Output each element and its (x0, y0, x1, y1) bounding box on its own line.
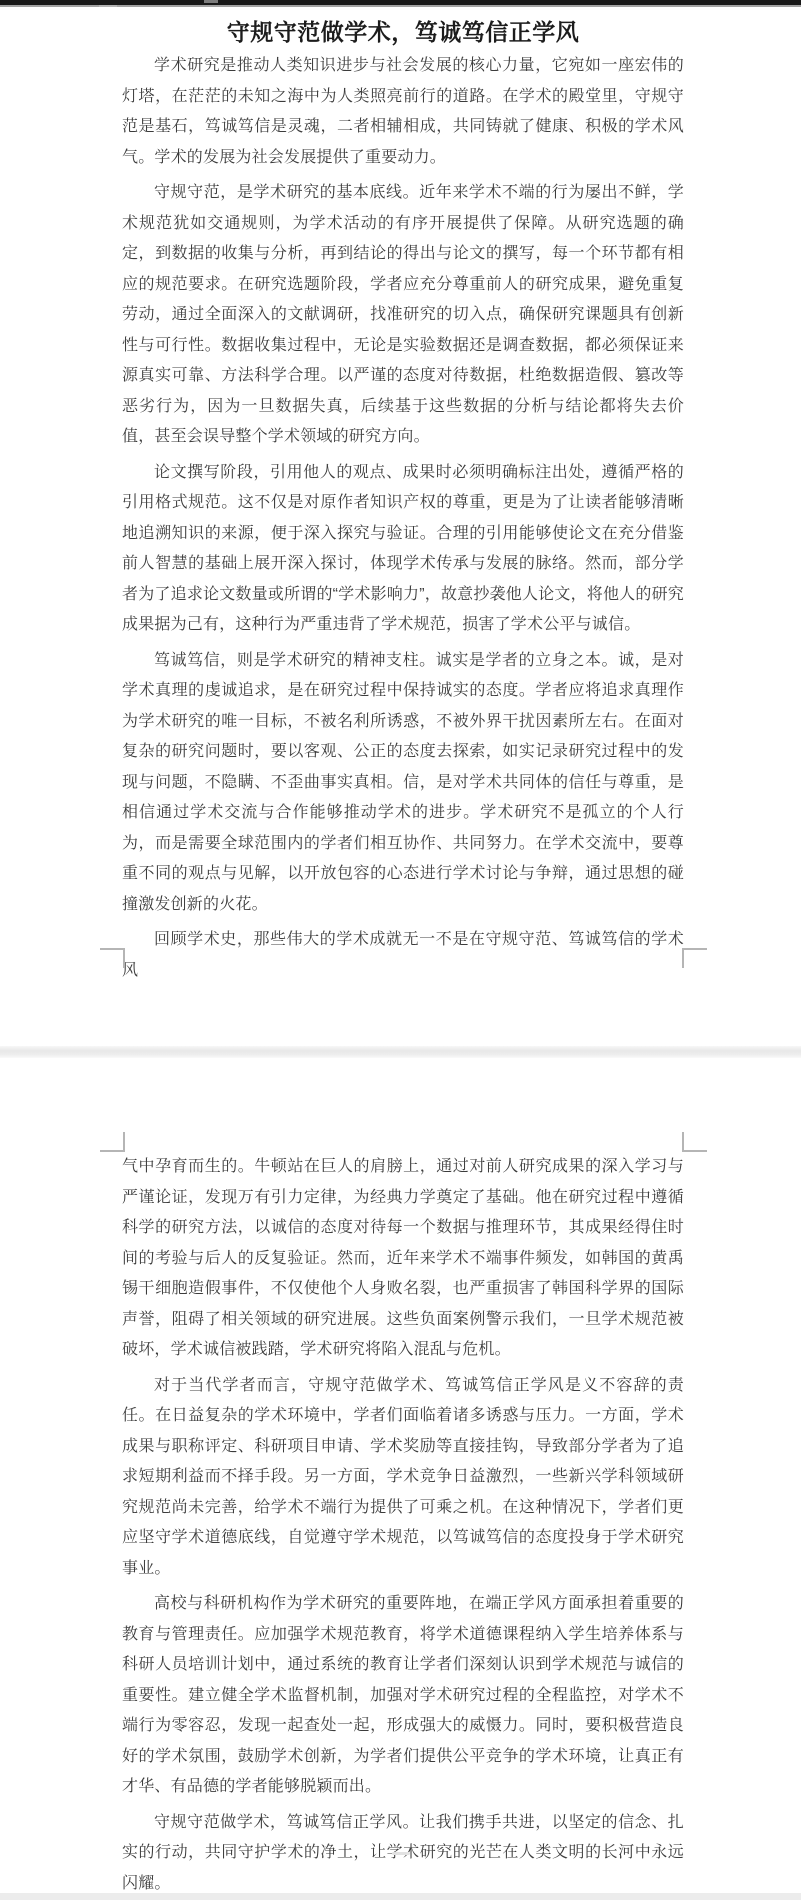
paragraph: 守规守范做学术，笃诚笃信正学风。让我们携手共进，以坚定的信念、扎实的行动，共同守… (122, 1808, 684, 1894)
paragraph: 回顾学术史，那些伟大的学术成就无一不是在守规守范、笃诚笃信的学术风 (122, 925, 684, 986)
text-boundary-mark-top-right (682, 1132, 707, 1152)
paragraph: 论文撰写阶段，引用他人的观点、成果时必须明确标注出处，遵循严格的引用格式规范。这… (122, 458, 684, 641)
top-bar (0, 0, 801, 7)
paragraph: 学术研究是推动人类知识进步与社会发展的核心力量，它宛如一座宏伟的灯塔，在茫茫的未… (122, 51, 684, 173)
text-boundary-mark-bottom-left (100, 948, 125, 968)
text-boundary-mark-bottom-right (682, 948, 707, 968)
document-page-2: 气中孕育而生的。牛顿站在巨人的肩膀上，通过对前人研究成果的深入学习与严谨论证，发… (0, 1058, 801, 1893)
document-viewer: 守规守范做学术，笃诚笃信正学风 学术研究是推动人类知识进步与社会发展的核心力量，… (0, 0, 801, 1900)
paragraph: 高校与科研机构作为学术研究的重要阵地，在端正学风方面承担着重要的教育与管理责任。… (122, 1589, 684, 1803)
paragraph: 笃诚笃信，则是学术研究的精神支柱。诚实是学者的立身之本。诚，是对学术真理的虔诚追… (122, 646, 684, 921)
document-title: 守规守范做学术，笃诚笃信正学风 (122, 15, 684, 49)
paragraph-continuation: 气中孕育而生的。牛顿站在巨人的肩膀上，通过对前人研究成果的深入学习与严谨论证，发… (122, 1152, 684, 1366)
bottom-edge-line (0, 1893, 801, 1900)
paragraph: 对于当代学者而言，守规守范做学术、笃诚笃信正学风是义不容辞的责任。在日益复杂的学… (122, 1371, 684, 1585)
scan-artifact (392, 1852, 410, 1855)
document-page-1: 守规守范做学术，笃诚笃信正学风 学术研究是推动人类知识进步与社会发展的核心力量，… (0, 7, 801, 1046)
paragraph: 守规守范，是学术研究的基本底线。近年来学术不端的行为屡出不鲜，学术规范犹如交通规… (122, 178, 684, 453)
text-boundary-mark-top-left (100, 1132, 125, 1152)
top-bar-dash (204, 0, 218, 3)
page-separator (0, 1046, 801, 1058)
